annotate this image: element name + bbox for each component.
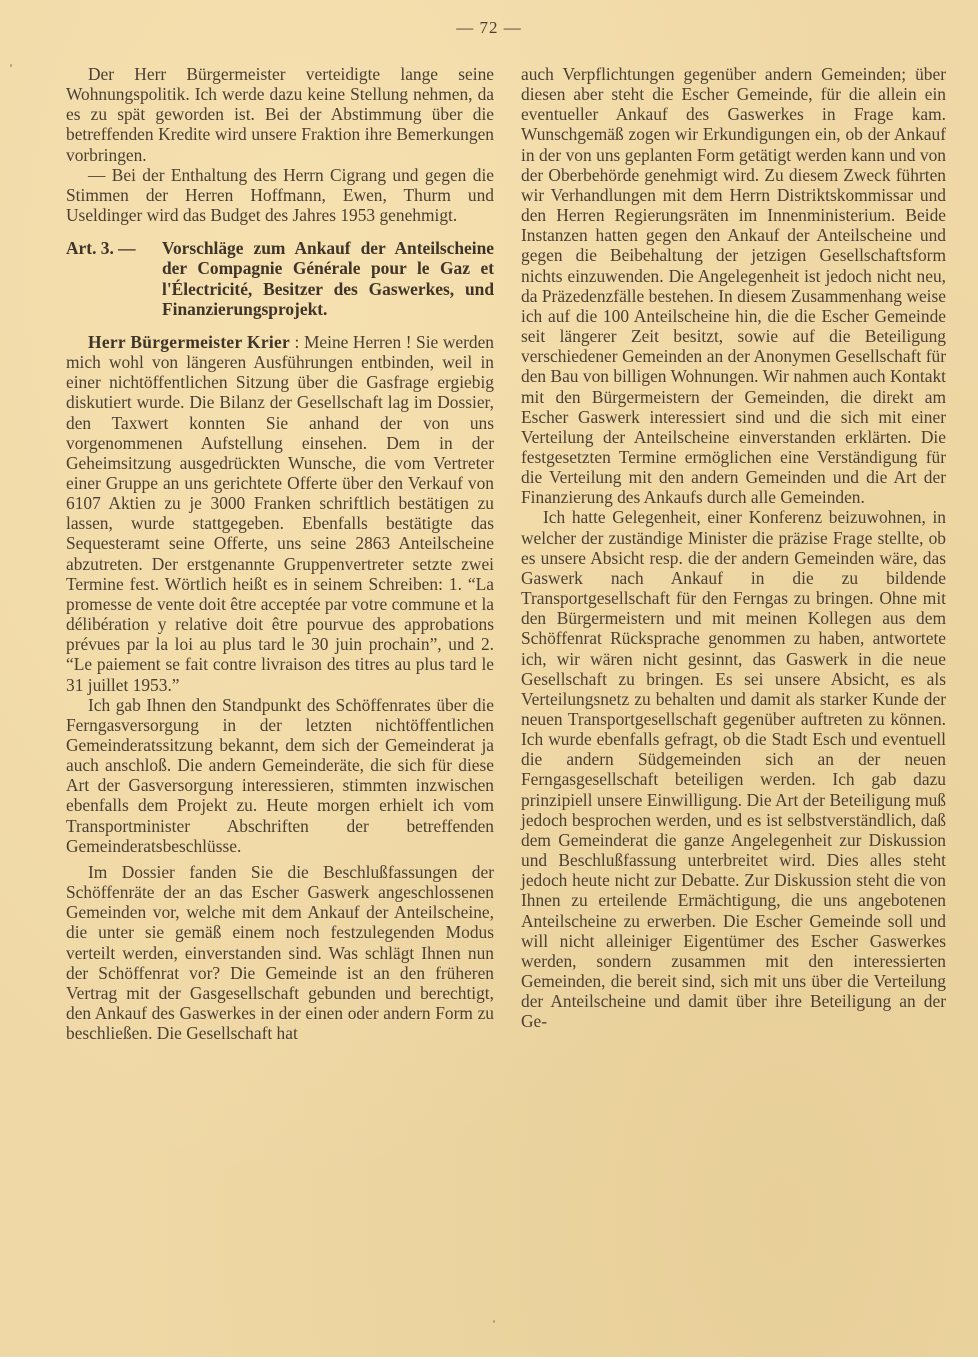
scanned-page: — 72 — Der Herr Bürgermeister verteidigt…: [0, 0, 978, 1357]
article-heading: Art. 3. — Vorschläge zum Ankauf der Ante…: [66, 238, 494, 319]
paper-speck: [10, 64, 12, 67]
speech-paragraph: Herr Bürgermeister Krier : Meine Herren …: [66, 332, 494, 695]
left-column: Der Herr Bürgermeister verteidigte lange…: [66, 64, 494, 1043]
speaker-name: Herr Bürgermeister Krier: [88, 332, 290, 352]
page-number: — 72 —: [0, 18, 978, 38]
paragraph-housing-policy: Der Herr Bürgermeister verteidigte lange…: [66, 64, 494, 165]
paragraph-conference: Ich hatte Gelegenheit, einer Konferenz b…: [521, 507, 946, 1031]
article-title: Vorschläge zum Ankauf der Anteilscheine …: [162, 238, 494, 319]
right-column: auch Verpflichtungen gegenüber andern Ge…: [521, 64, 946, 1032]
paragraph-budget-vote: — Bei der Enthaltung des Herrn Cigrang u…: [66, 165, 494, 225]
article-number: Art. 3. —: [66, 238, 162, 319]
paragraph-standpoint: Ich gab Ihnen den Standpunkt des Schöffe…: [66, 695, 494, 856]
paragraph-obligations: auch Verpflichtungen gegenüber andern Ge…: [521, 64, 946, 507]
speech-opening: Meine Herren ! Sie werden mich wohl von …: [66, 332, 494, 695]
paper-speck: [493, 1320, 495, 1323]
speaker-separator: :: [290, 332, 304, 352]
paragraph-dossier: Im Dossier fanden Sie die Beschlußfassun…: [66, 862, 494, 1043]
